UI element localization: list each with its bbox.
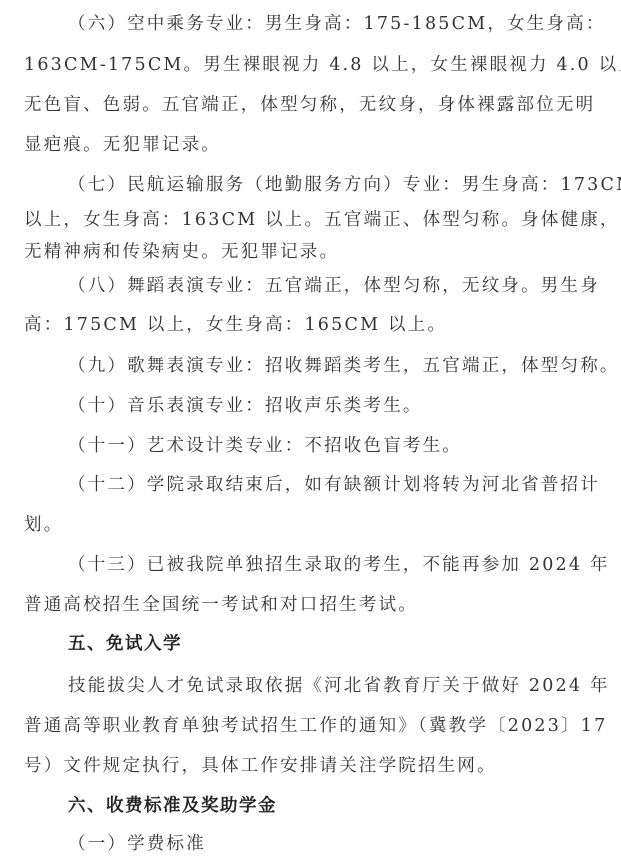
paragraph-line: （九）歌舞表演专业：招收舞蹈类考生，五官端正，体型匀称。 — [68, 354, 620, 378]
paragraph-line: （十三）已被我院单独招生录取的考生，不能再参加 2024 年 — [68, 553, 610, 577]
paragraph-line: （六）空中乘务专业：男生身高：175-185CM，女生身高： — [68, 12, 606, 36]
paragraph-line: （十二）学院录取结束后，如有缺额计划将转为河北省普招计 — [68, 473, 600, 497]
paragraph-line: （十）音乐表演专业：招收声乐类考生。 — [68, 394, 423, 418]
paragraph-line: 技能拔尖人才免试录取依据《河北省教育厅关于做好 2024 年 — [68, 674, 610, 698]
paragraph-line: 划。 — [24, 513, 63, 537]
subsection-heading: （一）学费标准 — [68, 832, 206, 856]
paragraph-line: 号）文件规定执行，具体工作安排请关注学院招生网。 — [24, 754, 497, 778]
section-heading: 六、收费标准及奖助学金 — [68, 794, 277, 818]
paragraph-line: （八）舞蹈表演专业：五官端正，体型匀称，无纹身。男生身 — [68, 274, 600, 298]
paragraph-line: 普通高等职业教育单独考试招生工作的通知》（冀教学〔2023〕17 — [24, 714, 607, 738]
paragraph-line: 高：175CM 以上，女生身高：165CM 以上。 — [24, 313, 447, 337]
section-heading: 五、免试入学 — [68, 632, 182, 656]
paragraph-line: （七）民航运输服务（地勤服务方向）专业：男生身高：173CM — [68, 173, 621, 197]
paragraph-line: 显疤痕。无犯罪记录。 — [24, 133, 221, 157]
paragraph-line: 无精神病和传染病史。无犯罪记录。 — [24, 240, 339, 264]
paragraph-line: 以上，女生身高：163CM 以上。五官端正、体型匀称。身体健康， — [24, 208, 620, 232]
paragraph-line: （十一）艺术设计类专业：不招收色盲考生。 — [68, 434, 462, 458]
paragraph-line: 普通高校招生全国统一考试和对口招生考试。 — [24, 593, 418, 617]
paragraph-line: 无色盲、色弱。五官端正，体型匀称，无纹身，身体裸露部位无明 — [24, 93, 595, 117]
paragraph-line: 163CM-175CM。男生裸眼视力 4.8 以上，女生裸眼视力 4.0 以上。 — [24, 53, 621, 77]
